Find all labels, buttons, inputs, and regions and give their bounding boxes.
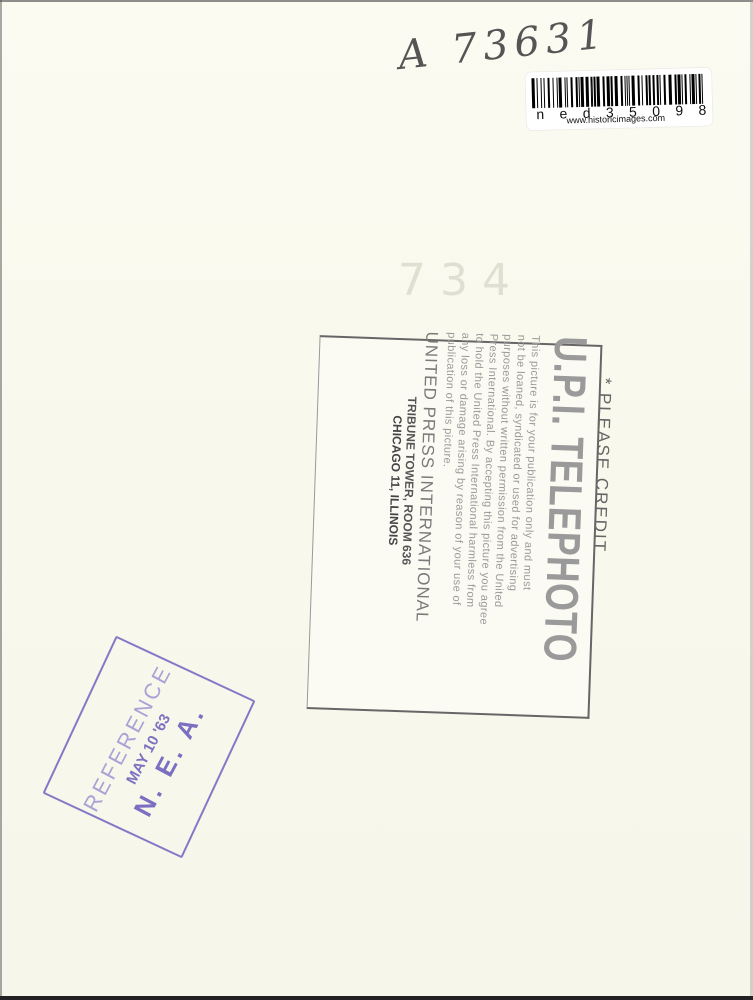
upi-stamp-text: * PLEASE CREDIT U.P.I. TELEPHOTO This pi… <box>324 328 617 708</box>
barcode-digit: 8 <box>698 102 706 118</box>
scan-edge-left <box>0 0 2 1000</box>
upi-usage-notice: This picture is for your publication onl… <box>432 332 543 705</box>
scan-edge-top <box>0 0 753 2</box>
upi-telephoto-title: U.P.I. TELEPHOTO <box>534 335 598 625</box>
scan-edge-bottom <box>0 996 753 1000</box>
barcode-digit: 9 <box>675 102 683 118</box>
barcode-url: www.historicimages.com <box>566 113 665 126</box>
barcode-digit: n <box>536 106 544 122</box>
bleed-through-mark: 7 3 4 <box>398 255 510 306</box>
barcode-label: n e d 3 5 0 9 8 www.historicimages.com <box>525 68 712 131</box>
